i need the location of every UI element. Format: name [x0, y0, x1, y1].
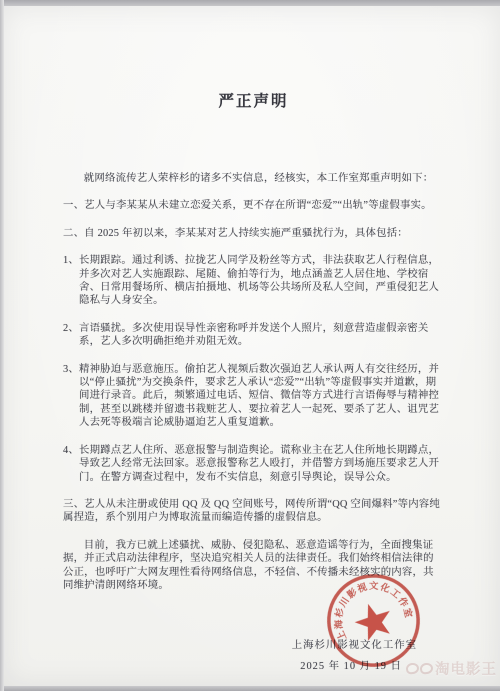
- item-text: 长期跟踪。通过利诱、拉拢艺人同学及粉丝等方式，非法获取艺人行程信息，并多次对艺人…: [79, 254, 444, 308]
- point-one: 一、艺人与李某某从未建立恋爱关系，更不存在所谓“恋爱”“出轨”等虚假事实。: [63, 199, 444, 212]
- harassment-list: 1、 长期跟踪。通过利诱、拉拢艺人同学及粉丝等方式，非法获取艺人行程信息，并多次…: [63, 254, 444, 484]
- list-item: 2、 言语骚扰。多次使用误导性亲密称呼并发送个人照片，刻意营造虚假亲密关系，艺人…: [63, 322, 444, 349]
- seal-star-icon: [351, 598, 397, 643]
- intro-paragraph: 就网络流传艺人荣梓杉的诸多不实信息，经核实，本工作室郑重声明如下：: [63, 172, 444, 185]
- point-two: 二、自 2025 年初以来，李某某对艺人持续实施严重骚扰行为，具体包括：: [63, 227, 444, 240]
- photo-edge-left: [0, 0, 4, 691]
- item-number: 3、: [63, 363, 79, 430]
- photo-edge-bottom: [0, 686, 500, 691]
- point-three: 三、艺人从未注册或使用 QQ 及 QQ 空间账号，网传所谓“QQ 空间爆料”等内…: [63, 498, 444, 525]
- statement-title: 严正声明: [63, 92, 444, 112]
- watermark-text: 淘电影王: [435, 658, 497, 679]
- statement-paper: 严正声明 就网络流传艺人荣梓杉的诸多不实信息，经核实，本工作室郑重声明如下： 一…: [3, 6, 500, 686]
- list-item: 4、 长期蹲点艺人住所、恶意报警与制造舆论。谎称业主在艺人住所地长期蹲点，导致艺…: [63, 444, 444, 484]
- photo-edge-top: [0, 0, 500, 6]
- item-number: 4、: [63, 444, 79, 484]
- list-item: 1、 长期跟踪。通过利诱、拉拢艺人同学及粉丝等方式，非法获取艺人行程信息，并多次…: [63, 254, 444, 308]
- watermark-logo-icon: [406, 663, 433, 674]
- item-text: 精神胁迫与恶意施压。偷拍艺人视频后数次强迫艺人承认两人有交往经历，并以“停止骚扰…: [79, 363, 444, 430]
- document-photo: 严正声明 就网络流传艺人荣梓杉的诸多不实信息，经核实，本工作室郑重声明如下： 一…: [0, 0, 500, 691]
- list-item: 3、 精神胁迫与恶意施压。偷拍艺人视频后数次强迫艺人承认两人有交往经历，并以“停…: [63, 363, 444, 430]
- item-text: 长期蹲点艺人住所、恶意报警与制造舆论。谎称业主在艺人住所地长期蹲点，导致艺人经常…: [79, 444, 444, 484]
- item-number: 1、: [63, 254, 79, 308]
- watermark: 淘电影王: [406, 658, 497, 679]
- item-number: 2、: [63, 322, 79, 349]
- item-text: 言语骚扰。多次使用误导性亲密称呼并发送个人照片，刻意营造虚假亲密关系，艺人多次明…: [79, 322, 444, 349]
